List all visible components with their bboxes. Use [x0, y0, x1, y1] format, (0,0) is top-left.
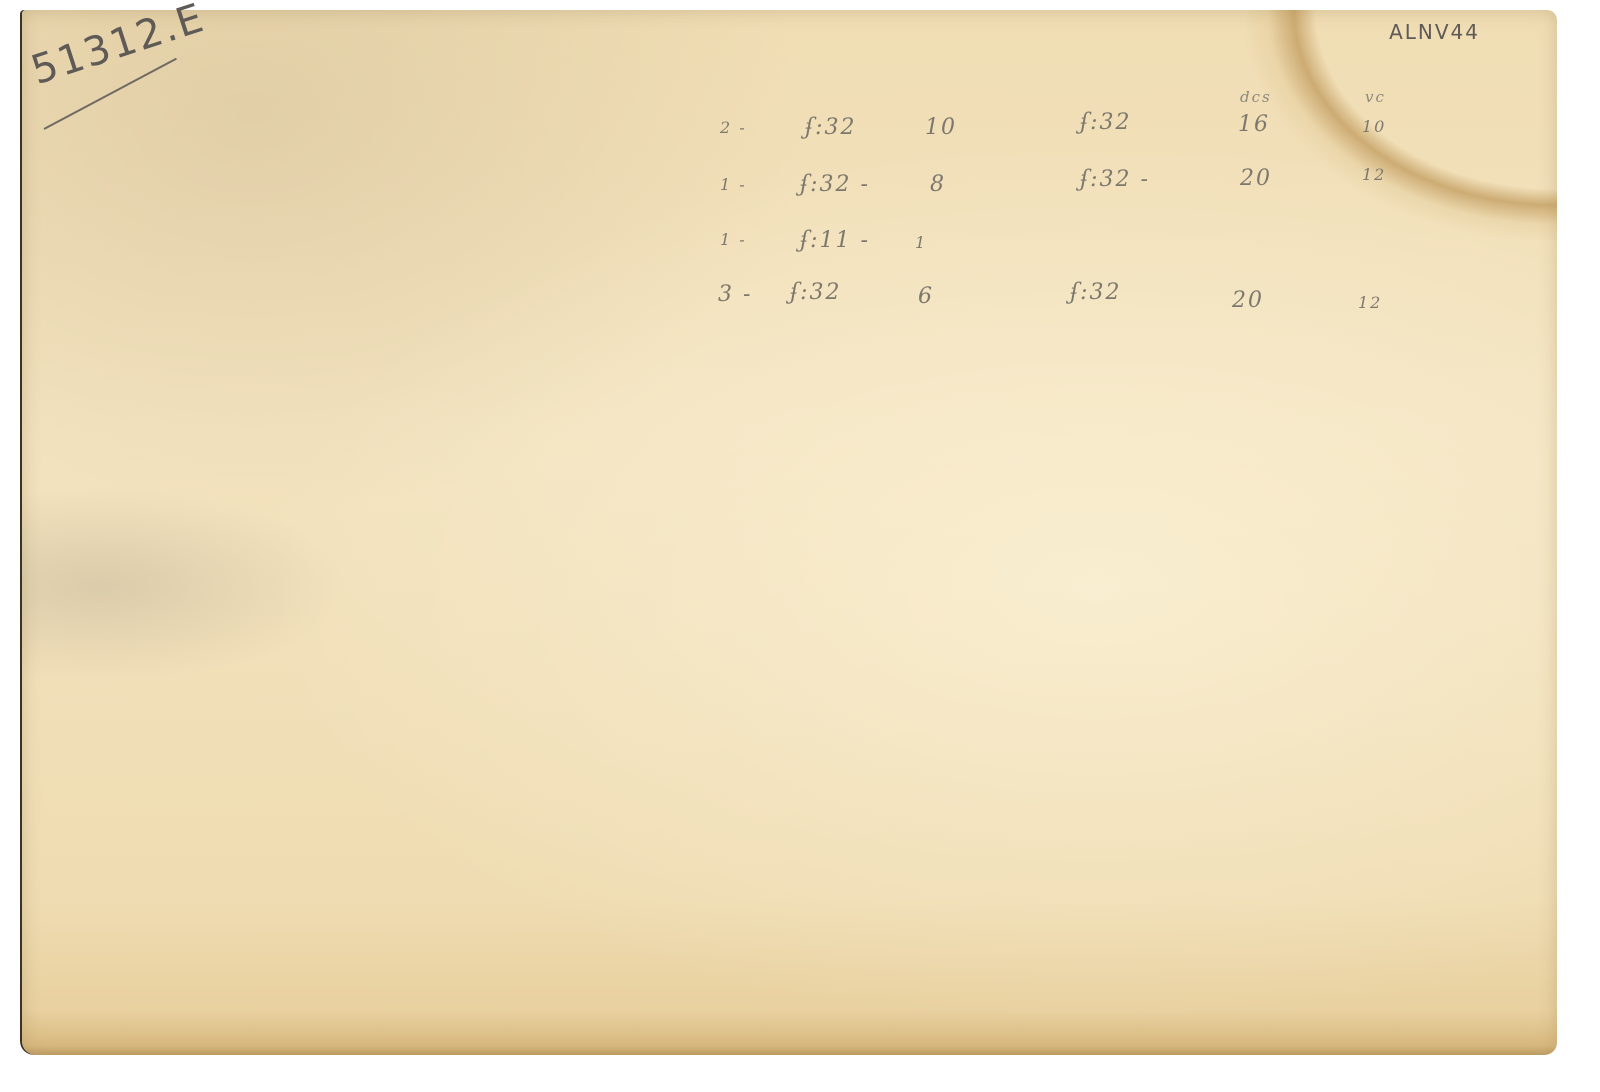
row-val-a: 1 [915, 233, 927, 252]
row-vc: 10 [1362, 117, 1386, 136]
row-code-a: ʄ:32 [805, 115, 857, 140]
row-dcs: 16 [1238, 112, 1270, 137]
row-code-a: ʄ:32 - [800, 172, 870, 197]
row-vc: 12 [1362, 165, 1386, 184]
water-stain-top-right [1247, 10, 1557, 240]
row-code-b: ʄ:32 [1080, 110, 1132, 135]
header-vc: vc [1365, 88, 1386, 106]
row-code-b: ʄ:32 [1070, 280, 1122, 305]
row-code-b: ʄ:32 - [1080, 167, 1150, 192]
row-val-a: 8 [930, 172, 946, 197]
header-dcs: dcs [1240, 88, 1272, 106]
row-val-a: 6 [918, 284, 934, 309]
row-qty: 3 - [718, 282, 752, 307]
row-code-a: ʄ:11 - [800, 228, 870, 253]
row-qty: 1 - [720, 175, 747, 194]
reference-code: ALNV44 [1389, 20, 1480, 44]
row-code-a: ʄ:32 [790, 280, 842, 305]
row-dcs: 20 [1232, 288, 1264, 313]
row-dcs: 20 [1240, 166, 1272, 191]
row-vc: 12 [1358, 293, 1382, 312]
water-stain-bottom [22, 1010, 1557, 1055]
row-qty: 1 - [720, 230, 747, 249]
card-back [22, 10, 1557, 1055]
row-qty: 2 - [720, 118, 747, 137]
row-val-a: 10 [925, 115, 957, 140]
